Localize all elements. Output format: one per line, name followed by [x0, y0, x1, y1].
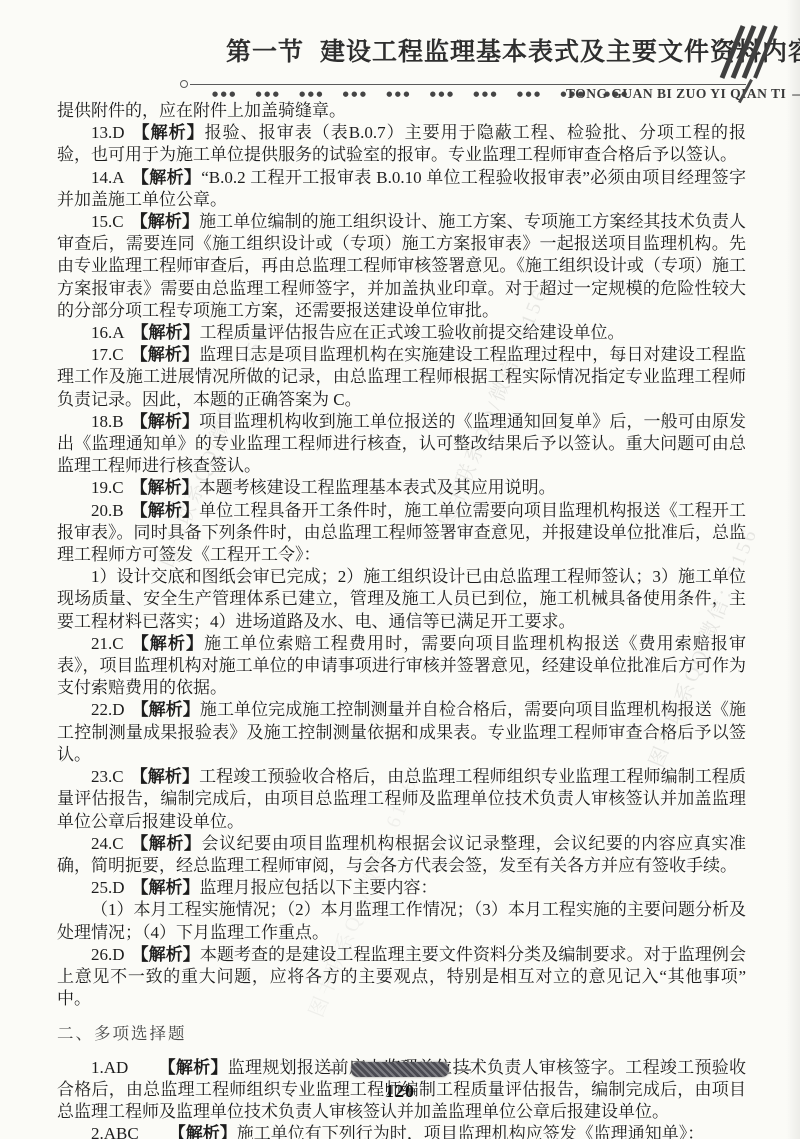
footer-band-icon [351, 1062, 449, 1077]
jiexi-label: 【解析】 [131, 501, 199, 520]
answer-number: 25.D [91, 878, 125, 897]
jiexi-label: 【解析】 [131, 212, 199, 231]
section-number: 第一节 [226, 38, 304, 66]
paragraph: （1）本月工程实施情况；（2）本月监理工作情况；（3）本月工程实施的主要问题分析… [57, 899, 746, 943]
paragraph-text: 提供附件的，应在附件上加盖骑缝章。 [57, 101, 346, 120]
body-content: 提供附件的，应在附件上加盖骑缝章。13.D【解析】报验、报审表（表B.0.7）主… [57, 100, 746, 1139]
paragraph: 22.D【解析】施工单位完成施工控制测量并自检合格后，需要向项目监理机构报送《施… [57, 699, 746, 766]
answer-number: 22.D [91, 700, 125, 719]
paragraph-text: 工程质量评估报告应在正式竣工验收前提交给建设单位。 [200, 323, 625, 342]
paragraph: 19.C【解析】本题考核建设工程监理基本表式及其应用说明。 [57, 477, 746, 499]
jiexi-label: 【解析】 [131, 767, 199, 786]
jiexi-label: 【解析】 [131, 634, 205, 653]
jiexi-label: 【解析】 [132, 168, 202, 187]
paragraph: 提供附件的，应在附件上加盖骑缝章。 [57, 100, 746, 122]
answer-number: 19.C [91, 478, 124, 497]
paragraph: 18.B【解析】项目监理机构收到施工单位报送的《监理通知回复单》后，一般可由原发… [57, 411, 746, 478]
paragraph-text: 施工单位有下列行为时，项目监理机构应签发《监理通知单》： [237, 1124, 705, 1139]
answer-number: 20.B [91, 501, 124, 520]
paragraph: 16.A【解析】工程质量评估报告应在正式竣工验收前提交给建设单位。 [57, 322, 746, 344]
paragraph: 23.C【解析】工程竣工预验收合格后，由总监理工程师组织专业监理工程师编制工程质… [57, 766, 746, 833]
jiexi-label: 【解析】 [132, 878, 200, 897]
answer-number: 13.D [91, 123, 125, 142]
paragraph: 14.A【解析】“B.0.2 工程开工报审表 B.0.10 单位工程验收报审表”… [57, 167, 746, 211]
answer-number: 15.C [91, 212, 124, 231]
answer-number: 17.C [91, 345, 124, 364]
header-rule [190, 84, 746, 85]
answer-number: 14.A [91, 168, 125, 187]
answer-number: 23.C [91, 767, 124, 786]
paragraph-text: 监理月报应包括以下主要内容： [200, 878, 438, 897]
paragraph: 20.B【解析】单位工程具备开工条件时，施工单位需要向项目监理机构报送《工程开工… [57, 500, 746, 567]
paragraph-text: 1）设计交底和图纸会审已完成；2）施工组织设计已由总监理工程师签认；3）施工单位… [57, 567, 746, 630]
footer-dash-left [329, 1069, 343, 1071]
jiexi-label: 【解析】 [132, 323, 200, 342]
jiexi-label: 【解析】 [132, 123, 205, 142]
rule-end-circle [180, 80, 188, 88]
paragraph: 13.D【解析】报验、报审表（表B.0.7）主要用于隐蔽工程、检验批、分项工程的… [57, 122, 746, 166]
answer-number: 2.ABC [91, 1124, 139, 1139]
jiexi-label: 【解析】 [132, 945, 200, 964]
pinyin-text: TONG GUAN BI ZUO YI QIAN TI [566, 86, 786, 101]
paragraph: 17.C【解析】监理日志是项目监理机构在实施建设工程监理过程中，每日对建设工程监… [57, 344, 746, 411]
paragraph-text: （1）本月工程实施情况；（2）本月监理工作情况；（3）本月工程实施的主要问题分析… [57, 900, 746, 941]
paragraph: 25.D【解析】监理月报应包括以下主要内容： [57, 877, 746, 899]
footer-ornament [0, 1062, 800, 1077]
answer-number: 16.A [91, 323, 125, 342]
paragraph: 24.C【解析】会议纪要由项目监理机构根据会议记录整理，会议纪要的内容应真实准确… [57, 833, 746, 877]
section-heading-text: 二、多项选择题 [57, 1024, 187, 1043]
paragraph-text: 本题考核建设工程监理基本表式及其应用说明。 [199, 478, 556, 497]
scan-edge-shade [786, 0, 800, 1139]
paragraph: 1）设计交底和图纸会审已完成；2）施工组织设计已由总监理工程师签认；3）施工单位… [57, 566, 746, 633]
paragraph: 21.C【解析】施工单位索赔工程费用时，需要向项目监理机构报送《费用索赔报审表》… [57, 633, 746, 700]
section-heading: 二、多项选择题 [57, 1023, 746, 1045]
footer-dash-right [457, 1069, 471, 1071]
page-footer: 120 [0, 1062, 800, 1102]
corner-slashes-icon [714, 24, 780, 85]
jiexi-label: 【解析】 [131, 412, 199, 431]
answer-number: 21.C [91, 634, 124, 653]
paragraph: 2.ABC【解析】施工单位有下列行为时，项目监理机构应签发《监理通知单》： [57, 1123, 746, 1139]
answer-number: 26.D [91, 945, 125, 964]
page-header: 第一节建设工程监理基本表式及主要文件资料内容 ●●● ●●● ●●● ●●● ●… [0, 0, 800, 102]
jiexi-label: 【解析】 [169, 1124, 237, 1139]
page-number: 120 [0, 1081, 800, 1102]
paragraph: 26.D【解析】本题考查的是建设工程监理主要文件资料分类及编制要求。对于监理例会… [57, 944, 746, 1011]
jiexi-label: 【解析】 [131, 478, 199, 497]
jiexi-label: 【解析】 [132, 700, 200, 719]
jiexi-label: 【解析】 [131, 834, 202, 853]
jiexi-label: 【解析】 [131, 345, 199, 364]
paragraph: 15.C【解析】施工单位编制的施工组织设计、施工方案、专项施工方案经其技术负责人… [57, 211, 746, 322]
answer-number: 18.B [91, 412, 124, 431]
document-page: 第一节建设工程监理基本表式及主要文件资料内容 ●●● ●●● ●●● ●●● ●… [0, 0, 800, 1139]
answer-number: 24.C [91, 834, 124, 853]
pinyin-dash: — [792, 86, 800, 101]
